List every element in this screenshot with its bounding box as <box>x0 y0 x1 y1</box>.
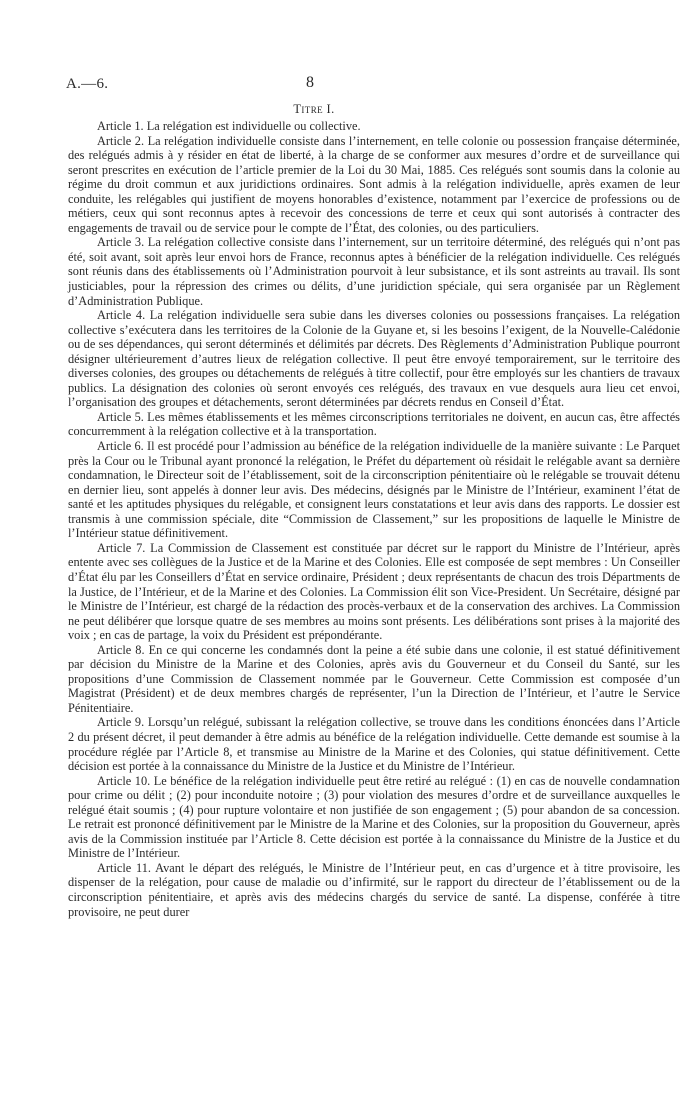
article-label: Article 11. <box>97 861 151 875</box>
article-label: Article 3. <box>97 235 144 249</box>
article-text: Le bénéfice de la relégation individuell… <box>68 774 680 861</box>
article-6: Article 6. Il est procédé pour l’admissi… <box>68 439 680 541</box>
article-label: Article 9. <box>97 715 144 729</box>
article-label: Article 5. <box>97 410 144 424</box>
article-9: Article 9. Lorsqu’un relégué, subissant … <box>68 715 680 773</box>
article-10: Article 10. Le bénéfice de la relégation… <box>68 774 680 861</box>
article-5: Article 5. Les mêmes établissements et l… <box>68 410 680 439</box>
page-reference: A.—6. <box>66 76 108 93</box>
article-7: Article 7. La Commission de Classement e… <box>68 541 680 643</box>
page-number: 8 <box>306 74 314 92</box>
article-label: Article 2. <box>97 134 144 148</box>
article-3: Article 3. La relégation collective cons… <box>68 235 680 308</box>
section-title: Titre I. <box>0 102 628 117</box>
article-label: Article 4. <box>97 308 145 322</box>
article-2: Article 2. La relégation individuelle co… <box>68 134 680 236</box>
article-text: Les mêmes établissements et les mêmes ci… <box>68 410 680 439</box>
article-label: Article 10. <box>97 774 150 788</box>
article-text: En ce qui concerne les condamnés dont la… <box>68 643 680 715</box>
article-text: La Commission de Classement est constitu… <box>68 541 680 642</box>
article-11: Article 11. Avant le départ des relégués… <box>68 861 680 919</box>
body-text: Article 1. La relégation est individuell… <box>68 119 680 919</box>
article-label: Article 7. <box>97 541 145 555</box>
article-label: Article 1. <box>97 119 144 133</box>
article-1: Article 1. La relégation est individuell… <box>68 119 680 134</box>
article-text: La relégation collective consiste dans l… <box>68 235 680 307</box>
article-text: La relégation individuelle sera subie da… <box>68 308 680 409</box>
article-text: La relégation est individuelle ou collec… <box>144 119 361 133</box>
article-text: La relégation individuelle consiste dans… <box>68 134 680 235</box>
article-label: Article 6. <box>97 439 144 453</box>
article-text: Lorsqu’un relégué, subissant la relégati… <box>68 715 680 773</box>
article-label: Article 8. <box>97 643 145 657</box>
article-8: Article 8. En ce qui concerne les condam… <box>68 643 680 716</box>
article-4: Article 4. La relégation individuelle se… <box>68 308 680 410</box>
article-text: Il est procédé pour l’admission au bénéf… <box>68 439 680 540</box>
article-text: Avant le départ des relégués, le Ministr… <box>68 861 680 919</box>
